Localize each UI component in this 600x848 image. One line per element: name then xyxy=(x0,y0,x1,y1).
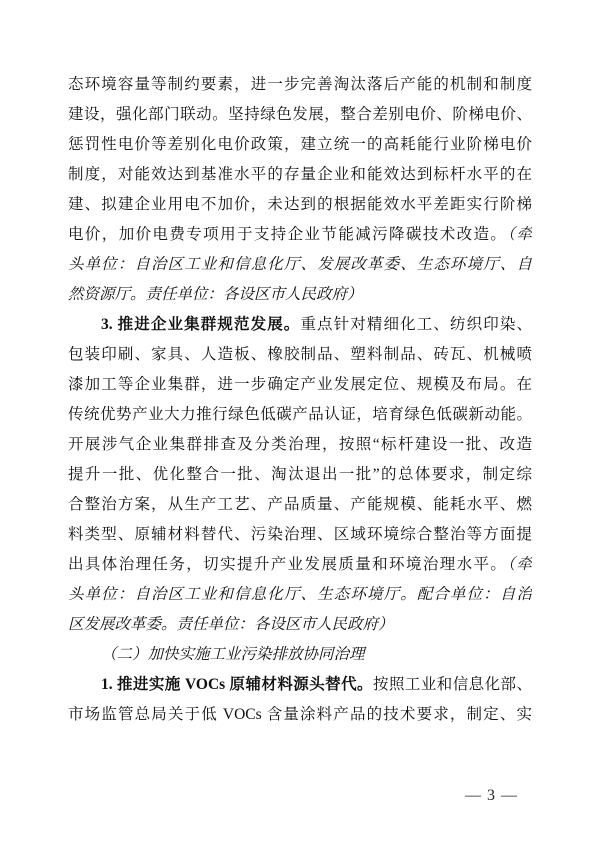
text-segment-body: 建、拟建企业用电不加价，未达到的根据能效水平差距实行阶梯 xyxy=(68,196,532,213)
text-segment-body: 制度，对能效达到基准水平的存量企业和能效达到标杆水平的在 xyxy=(68,166,532,183)
text-segment-body: 惩罚性电价等差别化电价政策，建立统一的高耗能行业阶梯电价 xyxy=(68,136,532,153)
document-page: 态环境容量等制约要素，进一步完善淘汰落后产能的机制和制度建设，强化部门联动。坚持… xyxy=(0,0,600,848)
text-segment-kai: 区发展改革委。责任单位：各设区市人民政府） xyxy=(68,616,394,633)
text-line: 电价，加价电费专项用于支持企业节能减污降碳技术改造。（牵 xyxy=(68,220,532,250)
text-line: 传统优势产业大力推行绿色低碳产品认证，培育绿色低碳新动能。 xyxy=(68,400,532,430)
text-line: 漆加工等企业集群，进一步确定产业发展定位、规模及布局。在 xyxy=(68,370,532,400)
text-line: 区发展改革委。责任单位：各设区市人民政府） xyxy=(68,610,532,640)
text-line: 然资源厅。责任单位：各设区市人民政府） xyxy=(68,280,532,310)
text-line: 出具体治理任务，切实提升产业发展质量和环境治理水平。（牵 xyxy=(68,550,532,580)
text-line: 头单位：自治区工业和信息化厅、生态环境厅。配合单位：自治 xyxy=(68,580,532,610)
text-line: 合整治方案，从生产工艺、产品质量、产能规模、能耗水平、燃 xyxy=(68,490,532,520)
text-line: 建、拟建企业用电不加价，未达到的根据能效水平差距实行阶梯 xyxy=(68,190,532,220)
text-line: 市场监管总局关于低 VOCs 含量涂料产品的技术要求，制定、实 xyxy=(68,700,532,730)
text-line: 提升一批、优化整合一批、淘汰退出一批”的总体要求，制定综 xyxy=(68,460,532,490)
text-line: （二）加快实施工业污染排放协同治理 xyxy=(68,640,532,670)
text-segment-body: 按照工业和信息化部、 xyxy=(373,676,532,693)
text-line: 头单位：自治区工业和信息化厅、发展改革委、生态环境厅、自 xyxy=(68,250,532,280)
text-segment-body: 料类型、原辅材料替代、污染治理、区域环境综合整治等方面提 xyxy=(68,526,532,543)
text-segment-body: 重点针对精细化工、纺织印染、 xyxy=(300,316,532,333)
text-segment-kai: 然资源厅。责任单位：各设区市人民政府） xyxy=(68,286,363,303)
text-segment-kai: 头单位：自治区工业和信息化厅、生态环境厅。配合单位：自治 xyxy=(68,586,532,603)
text-line: 建设，强化部门联动。坚持绿色发展，整合差别电价、阶梯电价、 xyxy=(68,100,532,130)
text-segment-body: 包装印刷、家具、人造板、橡胶制品、塑料制品、砖瓦、机械喷 xyxy=(68,346,532,363)
text-segment-body: 漆加工等企业集群，进一步确定产业发展定位、规模及布局。在 xyxy=(68,376,532,393)
text-line: 态环境容量等制约要素，进一步完善淘汰落后产能的机制和制度 xyxy=(68,70,532,100)
text-segment-kai: 头单位：自治区工业和信息化厅、发展改革委、生态环境厅、自 xyxy=(68,256,532,273)
text-segment-bold: 1. 推进实施 VOCs 原辅材料源头替代。 xyxy=(101,676,373,693)
text-segment-body: 传统优势产业大力推行绿色低碳产品认证，培育绿色低碳新动能。 xyxy=(68,406,532,423)
text-segment-kai-heading: （二）加快实施工业污染排放协同治理 xyxy=(101,646,365,663)
text-line: 料类型、原辅材料替代、污染治理、区域环境综合整治等方面提 xyxy=(68,520,532,550)
text-segment-body: 开展涉气企业集群排查及分类治理，按照“标杆建设一批、改造 xyxy=(68,436,532,453)
text-line: 3. 推进企业集群规范发展。重点针对精细化工、纺织印染、 xyxy=(68,310,532,340)
text-segment-body: 电价，加价电费专项用于支持企业节能减污降碳技术改造。 xyxy=(68,226,507,243)
text-segment-body: 合整治方案，从生产工艺、产品质量、产能规模、能耗水平、燃 xyxy=(68,496,532,513)
page-number: — 3 — xyxy=(465,781,518,811)
text-line: 惩罚性电价等差别化电价政策，建立统一的高耗能行业阶梯电价 xyxy=(68,130,532,160)
text-segment-body: 出具体治理任务，切实提升产业发展质量和环境治理水平。 xyxy=(68,556,507,573)
text-line: 1. 推进实施 VOCs 原辅材料源头替代。按照工业和信息化部、 xyxy=(68,670,532,700)
text-line: 开展涉气企业集群排查及分类治理，按照“标杆建设一批、改造 xyxy=(68,430,532,460)
text-segment-body: 市场监管总局关于低 VOCs 含量涂料产品的技术要求，制定、实 xyxy=(68,706,532,723)
text-segment-bold: 3. 推进企业集群规范发展。 xyxy=(101,316,300,333)
text-segment-body: 建设，强化部门联动。坚持绿色发展，整合差别电价、阶梯电价、 xyxy=(68,106,532,123)
text-line: 包装印刷、家具、人造板、橡胶制品、塑料制品、砖瓦、机械喷 xyxy=(68,340,532,370)
document-body: 态环境容量等制约要素，进一步完善淘汰落后产能的机制和制度建设，强化部门联动。坚持… xyxy=(68,70,532,730)
text-segment-kai: （牵 xyxy=(507,226,532,243)
text-segment-kai: （牵 xyxy=(507,556,532,573)
text-segment-body: 态环境容量等制约要素，进一步完善淘汰落后产能的机制和制度 xyxy=(68,76,532,93)
text-line: 制度，对能效达到基准水平的存量企业和能效达到标杆水平的在 xyxy=(68,160,532,190)
text-segment-body: 提升一批、优化整合一批、淘汰退出一批”的总体要求，制定综 xyxy=(68,466,532,483)
